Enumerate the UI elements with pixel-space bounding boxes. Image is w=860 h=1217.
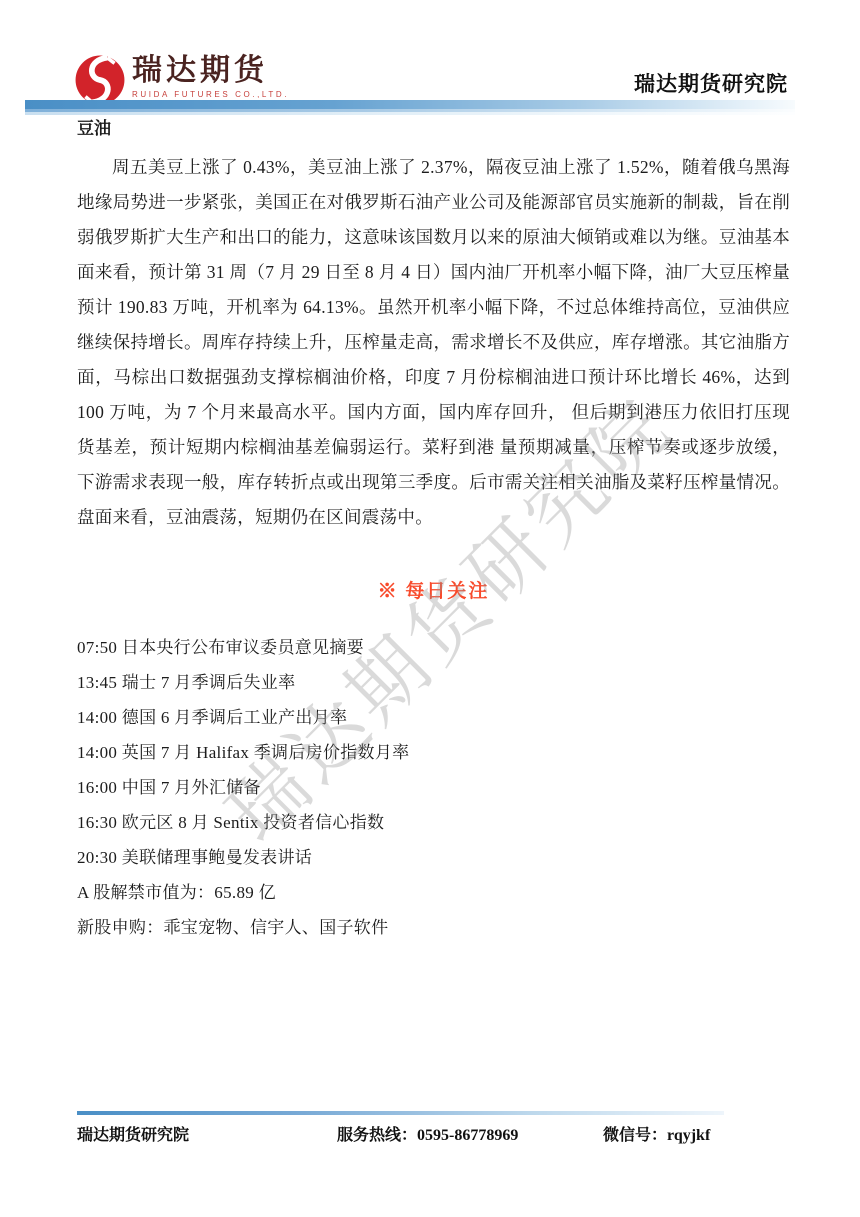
logo-text-block: 瑞达期货 RUIDA FUTURES CO.,LTD. <box>132 54 289 99</box>
article-paragraph: 周五美豆上涨了 0.43%，美豆油上涨了 2.37%，隔夜豆油上涨了 1.52%… <box>77 150 790 535</box>
article: 豆油 周五美豆上涨了 0.43%，美豆油上涨了 2.37%，隔夜豆油上涨了 1.… <box>77 116 790 945</box>
company-logo: 瑞达期货 RUIDA FUTURES CO.,LTD. <box>74 54 289 106</box>
footer: 瑞达期货研究院 服务热线：0595-86778969 微信号：rqyjkf <box>0 1122 860 1146</box>
list-item: 16:30 欧元区 8 月 Sentix 投资者信心指数 <box>77 805 790 840</box>
list-item: 14:00 英国 7 月 Halifax 季调后房价指数月率 <box>77 735 790 770</box>
report-page: 瑞达期货 RUIDA FUTURES CO.,LTD. 瑞达期货研究院 瑞达期货… <box>0 0 860 1217</box>
logo-brand-en: RUIDA FUTURES CO.,LTD. <box>132 90 289 99</box>
logo-brand-cn: 瑞达期货 <box>132 54 289 88</box>
daily-focus-list: 07:50 日本央行公布审议委员意见摘要 13:45 瑞士 7 月季调后失业率 … <box>77 630 790 945</box>
list-item: 16:00 中国 7 月外汇储备 <box>77 770 790 805</box>
list-item: 13:45 瑞士 7 月季调后失业率 <box>77 665 790 700</box>
footer-hotline: 服务热线：0595-86778969 <box>337 1122 518 1145</box>
header-institute-title: 瑞达期货研究院 <box>634 68 788 98</box>
list-item: 14:00 德国 6 月季调后工业产出月率 <box>77 700 790 735</box>
header-divider-bar <box>25 100 795 115</box>
footer-wechat-id: rqyjkf <box>667 1127 710 1144</box>
list-item: 新股申购：乖宝宠物、信宇人、国子软件 <box>77 910 790 945</box>
footer-hotline-number: 0595-86778969 <box>417 1127 518 1144</box>
list-item: 07:50 日本央行公布审议委员意见摘要 <box>77 630 790 665</box>
footer-hotline-label: 服务热线： <box>337 1127 417 1144</box>
header-divider-band-1 <box>25 100 795 109</box>
footer-wechat-label: 微信号： <box>603 1127 667 1144</box>
list-item: 20:30 美联储理事鲍曼发表讲话 <box>77 840 790 875</box>
footer-divider-line <box>77 1111 724 1115</box>
article-title: 豆油 <box>77 116 790 142</box>
daily-focus-heading: ※ 每日关注 <box>77 576 790 603</box>
list-item: A 股解禁市值为：65.89 亿 <box>77 875 790 910</box>
header-divider-band-3 <box>25 112 795 115</box>
footer-wechat: 微信号：rqyjkf <box>603 1122 710 1145</box>
footer-institute: 瑞达期货研究院 <box>77 1122 189 1145</box>
ruida-swirl-icon <box>74 54 126 106</box>
